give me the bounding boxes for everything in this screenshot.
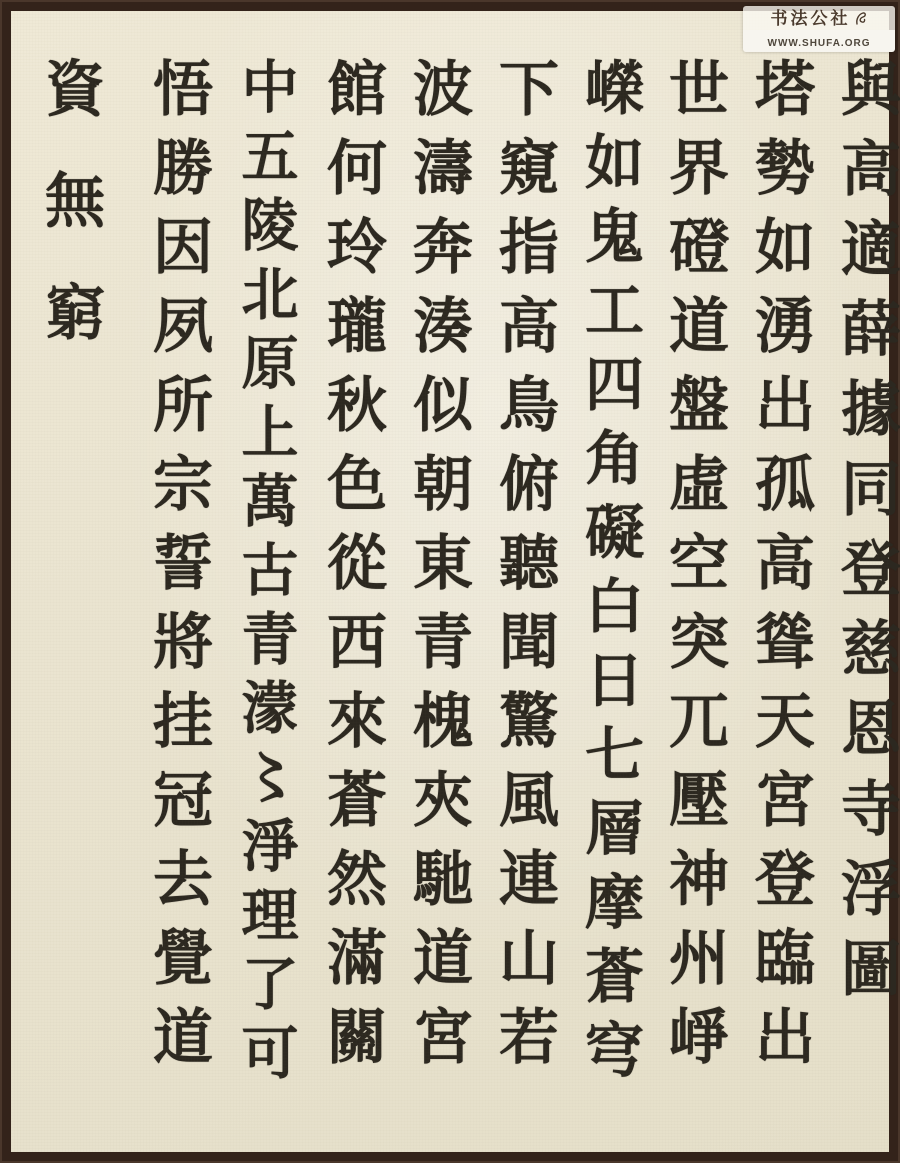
calligraphy-column-10: 資無窮	[27, 57, 113, 393]
calligraphy-column-9: 悟勝因夙所宗誓將挂冠去覺道	[135, 57, 221, 1084]
calligraphy-column-4: 嶸如鬼工四角礙白日七層摩蒼穹	[567, 57, 652, 1093]
calligraphy-column-8: 中五陵北原上萬古青濛〻淨理了可	[224, 57, 306, 1092]
calligraphy-column-3: 世界磴道盤虛空突兀壓神州崢	[651, 57, 737, 1084]
watermark-logo-text: 书法公社	[771, 9, 851, 29]
watermark-logo-row: 书法公社	[743, 6, 895, 30]
calligraphy-column-5: 下窺指高鳥俯聽聞驚風連山若	[481, 57, 567, 1084]
watermark-seal-icon	[854, 11, 868, 27]
calligraphy-column-6: 波濤奔湊似朝東青槐夾馳道宮	[395, 57, 481, 1084]
watermark-url-row: WWW.SHUFA.ORG	[743, 30, 895, 52]
watermark-url-text: WWW.SHUFA.ORG	[768, 38, 871, 49]
calligraphy-column-7: 館何玲瓏秋色從西來蒼然滿關	[309, 57, 395, 1084]
calligraphy-column-1-title: 與高適薛據同登慈恩寺浮圖	[823, 57, 900, 1017]
calligraphy-paper: 與高適薛據同登慈恩寺浮圖 塔勢如湧出孤高聳天宮登臨出 世界磴道盤虛空突兀壓神州崢…	[11, 11, 889, 1152]
calligraphy-column-2: 塔勢如湧出孤高聳天宮登臨出	[737, 57, 823, 1084]
watermark-badge: 书法公社 WWW.SHUFA.ORG	[743, 6, 895, 52]
picture-frame: 與高適薛據同登慈恩寺浮圖 塔勢如湧出孤高聳天宮登臨出 世界磴道盤虛空突兀壓神州崢…	[0, 0, 900, 1163]
